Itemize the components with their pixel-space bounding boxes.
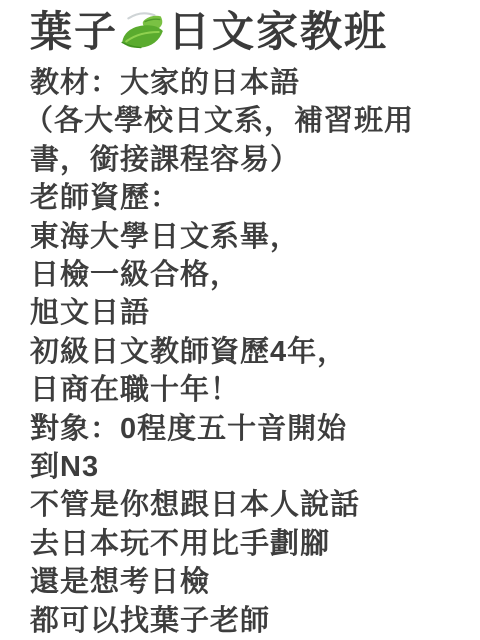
post-line: 書，銜接課程容易） bbox=[30, 141, 464, 179]
post-line: 去日本玩不用比手劃腳 bbox=[30, 525, 464, 563]
post-line: 對象：0程度五十音開始 bbox=[30, 410, 464, 448]
post-line: 老師資歷： bbox=[30, 179, 464, 217]
post-line: 日檢一級合格， bbox=[30, 256, 464, 294]
post-body: 教材：大家的日本語 （各大學校日文系，補習班用 書，銜接課程容易） 老師資歷： … bbox=[30, 64, 464, 640]
post-line: 還是想考日檢 bbox=[30, 563, 464, 601]
title-suffix: 日文家教班 bbox=[168, 6, 388, 58]
post-line: 教材：大家的日本語 bbox=[30, 64, 464, 102]
post-line: 東海大學日文系畢， bbox=[30, 218, 464, 256]
post-line: 旭文日語 bbox=[30, 294, 464, 332]
leaf-icon bbox=[120, 10, 166, 54]
post-line: 日商在職十年！ bbox=[30, 371, 464, 409]
post-line: 都可以找葉子老師 bbox=[30, 602, 464, 640]
title-prefix: 葉子 bbox=[30, 6, 118, 58]
post-content: 葉子 日文家教班 教材：大家的日本語 （各大學校日文系，補習班用 書，銜接課程容… bbox=[0, 0, 480, 640]
post-line: （各大學校日文系，補習班用 bbox=[24, 102, 464, 140]
post-line: 初級日文教師資歷4年， bbox=[30, 333, 464, 371]
post-line: 不管是你想跟日本人說話 bbox=[30, 486, 464, 524]
post-title: 葉子 日文家教班 bbox=[30, 6, 464, 58]
post-line: 到N3 bbox=[30, 448, 464, 486]
